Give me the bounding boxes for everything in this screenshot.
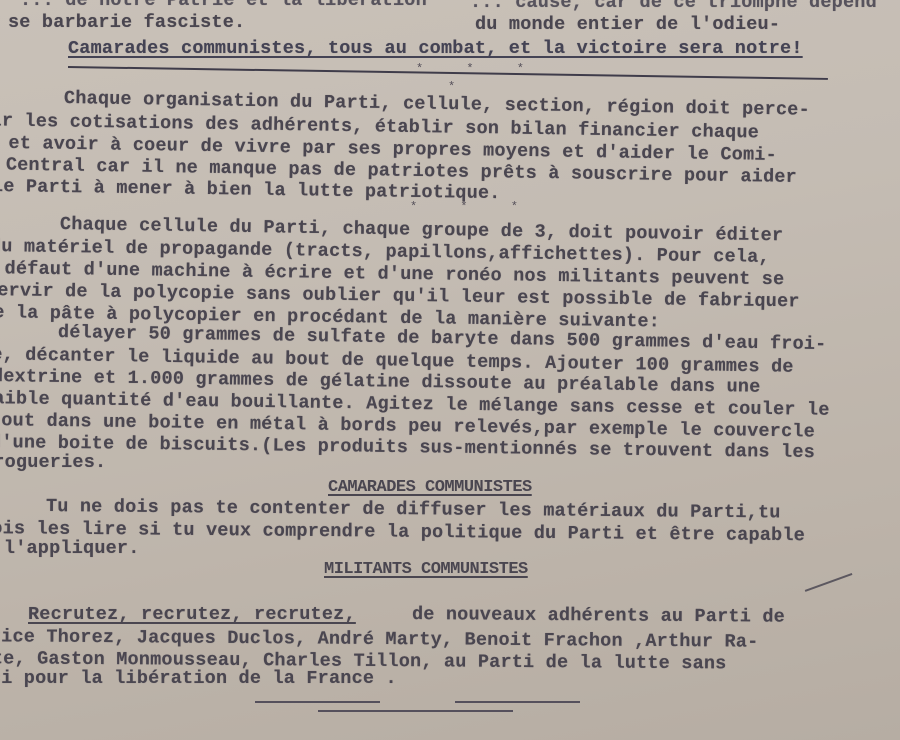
text-line: de nouveaux adhérents au Parti de (412, 604, 785, 628)
cutoff-line-left: ... de notre Patrie et la libération (20, 0, 427, 11)
intro-line: se barbarie fasciste. (8, 12, 245, 33)
separator-stars: * * * (410, 200, 536, 214)
section-heading: MILITANTS COMMUNISTES (324, 560, 528, 579)
closing-rule (318, 710, 513, 712)
text-line: merci pour la libération de la France . (0, 668, 397, 689)
recruit-slogan: Recrutez, recrutez, recrutez, (28, 604, 356, 625)
separator-stars: * * * (416, 62, 542, 76)
text-line: de l'appliquer. (0, 538, 140, 559)
separator-star-single: * (448, 80, 473, 94)
closing-rule (455, 701, 580, 703)
closing-rule (255, 701, 380, 703)
slogan: Camarades communistes, tous au combat, e… (68, 38, 803, 59)
section-heading: CAMARADES COMMUNISTES (328, 478, 532, 497)
intro-line-right: du monde entier de l'odieu- (475, 14, 780, 35)
pen-mark (805, 573, 852, 592)
text-line: drogueries. (0, 452, 106, 473)
cutoff-line-right: ... cause, car de ce triomphe dépend (470, 0, 877, 13)
typewritten-leaflet: ... de notre Patrie et la libération ...… (0, 0, 900, 740)
